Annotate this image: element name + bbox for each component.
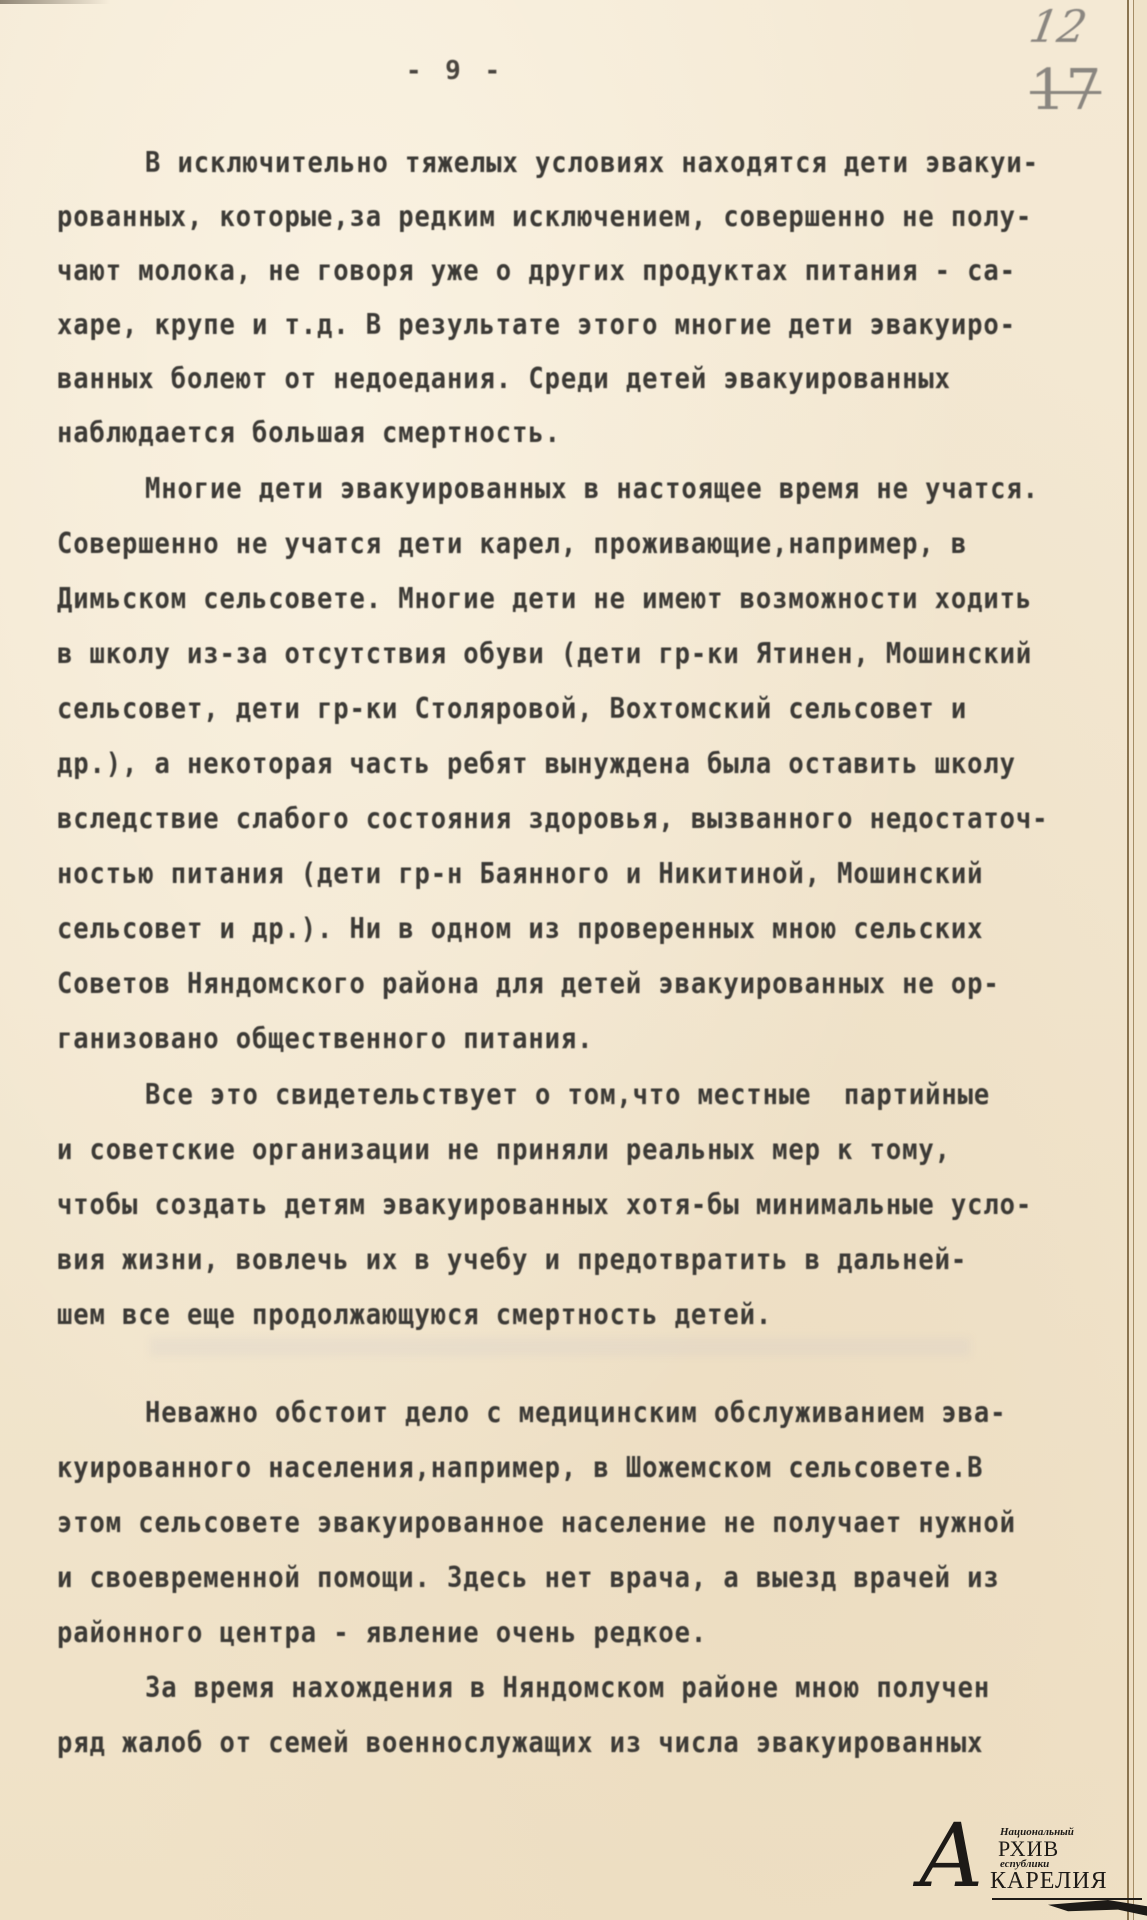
bleed-through-text [150, 1338, 970, 1356]
page-edge-strip [1134, 0, 1147, 1920]
text-line: Неважно обстоит дело с медицинским обслу… [145, 1396, 1006, 1430]
text-line: Димьском сельсовете. Многие дети не имею… [57, 582, 1032, 616]
text-line: чтобы создать детям эвакуированных хотя-… [57, 1188, 1032, 1222]
text-line: ванных болеют от недоедания. Среди детей… [57, 362, 951, 396]
text-line: куированного населения,например, в Шожем… [57, 1451, 983, 1485]
text-line: сельсовет и др.). Ни в одном из проверен… [57, 912, 983, 946]
quill-icon [1048, 1900, 1147, 1916]
text-line: и своевременной помощи. Здесь нет врача,… [57, 1561, 1000, 1595]
text-line: вия жизни, вовлечь их в учебу и предотвр… [57, 1243, 967, 1277]
text-line: и советские организации не приняли реаль… [57, 1133, 951, 1167]
handwritten-crossed-number: 17 [1030, 58, 1101, 123]
text-line: Совершенно не учатся дети карел, прожива… [57, 527, 967, 561]
text-line: В исключительно тяжелых условиях находят… [145, 146, 1039, 180]
page-number: - 9 - [0, 56, 910, 86]
logo-text-line4: КАРЕЛИЯ [990, 1868, 1108, 1895]
text-line: районного центра - явление очень редкое. [57, 1616, 707, 1650]
text-line: сельсовет, дети гр-ки Столяровой, Вохтом… [57, 692, 967, 726]
text-line: этом сельсовете эвакуированное население… [57, 1506, 1016, 1540]
text-line: ряд жалоб от семей военнослужащих из чис… [57, 1726, 983, 1760]
page-edge-line [1127, 0, 1129, 1920]
text-line: Многие дети эвакуированных в настоящее в… [145, 472, 1039, 506]
text-line: чают молока, не говоря уже о других прод… [57, 254, 1016, 288]
text-line: ганизовано общественного питания. [57, 1022, 593, 1056]
handwritten-sheet-number: 12 [1026, 2, 1091, 53]
archive-logo: А Национальный РХИВ еспублики КАРЕЛИЯ [918, 1818, 1138, 1918]
text-line: харе, крупе и т.д. В результате этого мн… [57, 308, 1016, 342]
text-line: др.), а некоторая часть ребят вынуждена … [57, 747, 1016, 781]
text-line: Советов Няндомского района для детей эва… [57, 967, 1000, 1001]
text-line: рованных, которые,за редким исключением,… [57, 200, 1032, 234]
text-line: За время нахождения в Няндомском районе … [145, 1671, 990, 1705]
text-line: шем все еще продолжающуюся смертность де… [57, 1298, 772, 1332]
text-line: ностью питания (дети гр-н Баянного и Ник… [57, 857, 983, 891]
scan-edge-shadow [0, 0, 110, 4]
text-line: вследствие слабого состояния здоровья, в… [57, 802, 1048, 836]
text-line: наблюдается большая смертность. [57, 416, 561, 450]
text-line: Все это свидетельствует о том,что местны… [145, 1078, 990, 1112]
logo-underline [992, 1898, 1142, 1900]
logo-initial: А [918, 1812, 985, 1900]
text-line: в школу из-за отсутствия обуви (дети гр-… [57, 637, 1032, 671]
